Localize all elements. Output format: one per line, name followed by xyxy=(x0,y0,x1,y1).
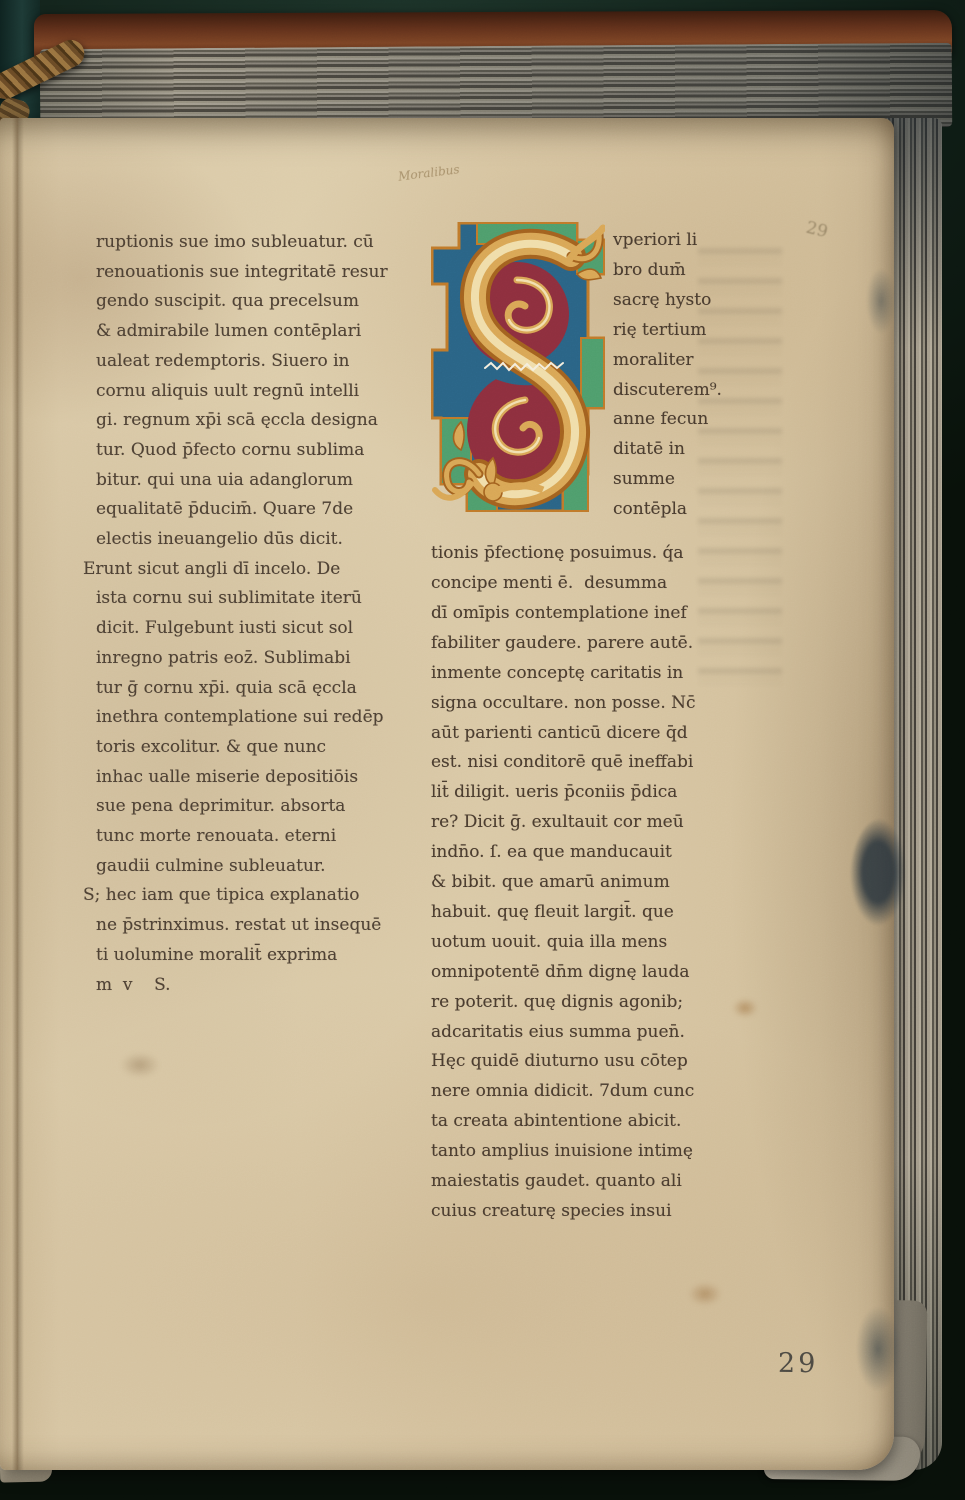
manuscript-text-line: Hęc quidē diuturno usu cōtep xyxy=(431,1047,749,1077)
manuscript-text-line: gendo suscipit. qua precelsum xyxy=(96,287,408,317)
manuscript-text-line: ditatē in xyxy=(613,435,722,465)
photograph-background: Moralibus 29 ruptionis sue imo subleuatu… xyxy=(0,0,965,1500)
manuscript-text-line: re? Dicit ḡ. exultauit cor meū xyxy=(431,808,749,838)
edge-ink-blot xyxy=(856,1306,900,1392)
manuscript-text-line: inmente conceptę caritatis in xyxy=(431,659,749,689)
manuscript-page: Moralibus 29 ruptionis sue imo subleuatu… xyxy=(0,118,894,1470)
gutter-crease xyxy=(12,118,24,1470)
manuscript-text-line: & admirabile lumen contēplari xyxy=(96,317,408,347)
manuscript-text-line: inregno patris eoz̄. Sublimabi xyxy=(96,644,408,674)
manuscript-text-line: cornu aliquis uult regnū intelli xyxy=(96,377,408,407)
foxing-stain xyxy=(688,1282,722,1306)
manuscript-text-line: bitur. qui una uia adanglorum xyxy=(96,466,408,496)
manuscript-text-line: gi. regnum xp̄i scā ęccla designa xyxy=(96,406,408,436)
manuscript-text-line: dī omīpis contemplatione inef xyxy=(431,599,749,629)
manuscript-text-line: adcaritatis eius summa puen̄. xyxy=(431,1018,749,1048)
manuscript-text-line: cuius creaturę species insui xyxy=(431,1197,749,1227)
manuscript-text-line: toris excolitur. & que nunc xyxy=(96,733,408,763)
manuscript-text-line: & bibit. que amarū animum xyxy=(431,868,749,898)
manuscript-text-line: ti uolumine moralit̄ exprima xyxy=(96,941,408,971)
manuscript-text-line: indn̄o. ſ. ea que manducauit xyxy=(431,838,749,868)
manuscript-text-line: contēpla xyxy=(613,495,722,525)
manuscript-text-line: renouationis sue integritatē resur xyxy=(96,258,408,288)
manuscript-text-line: dicit. Fulgebunt iusti sicut sol xyxy=(96,614,408,644)
manuscript-text-line: tanto amplius inuisione intimę xyxy=(431,1137,749,1167)
manuscript-text-line: aūt parienti canticū dicere q̄d xyxy=(431,719,749,749)
page-number-stamp: 29 xyxy=(778,1348,819,1379)
manuscript-text-line: lit̄ diligit. ueris p̄coniis p̄dica xyxy=(431,778,749,808)
manuscript-text-line: re poterit. quę dignis agonib; xyxy=(431,988,749,1018)
manuscript-text-line: moraliter xyxy=(613,346,722,376)
manuscript-text-line: inethra contemplatione sui redēp xyxy=(96,703,408,733)
manuscript-text-line: electis ineuangelio dūs dicit. xyxy=(96,525,408,555)
manuscript-text-line: fabiliter gaudere. parere autē. xyxy=(431,629,749,659)
text-column-right: vperiori libro dum̄sacrę hystorię tertiu… xyxy=(431,222,749,1227)
manuscript-text-line: discuterem⁹. xyxy=(613,376,722,406)
manuscript-text-line: Erunt sicut angli dī incelo. De xyxy=(83,555,408,585)
manuscript-text-line: tunc morte renouata. eterni xyxy=(96,822,408,852)
manuscript-text-line: omnipotentē dn̄m dignę lauda xyxy=(431,958,749,988)
manuscript-text-line: uotum uouit. quia illa mens xyxy=(431,928,749,958)
header-annotation: Moralibus xyxy=(397,162,460,183)
manuscript-text-line: nere omnia didicit. 7dum cunc xyxy=(431,1077,749,1107)
manuscript-text-line: tur. Quod p̄fecto cornu sublima xyxy=(96,436,408,466)
manuscript-text-line: tur ḡ cornu xp̄i. quia scā ęccla xyxy=(96,674,408,704)
folio-number-ink: 29 xyxy=(804,218,830,243)
manuscript-text-line: rię tertium xyxy=(613,316,722,346)
manuscript-text-line: habuit. quę fleuit largit̄. que xyxy=(431,898,749,928)
manuscript-text-line: ualeat redemptoris. Siuero in xyxy=(96,347,408,377)
manuscript-text-line: gaudii culmine subleuatur. xyxy=(96,852,408,882)
manuscript-text-line: inhac ualle miserie depositiōis xyxy=(96,763,408,793)
manuscript-text-line: ruptionis sue imo subleuatur. cū xyxy=(96,228,408,258)
text-column-left: ruptionis sue imo subleuatur. cūrenouati… xyxy=(96,228,408,1000)
text-below-initial: tionis p̄fectionę posuimus. q́aconcipe m… xyxy=(431,539,749,1227)
manuscript-text-line: bro dum̄ xyxy=(613,256,722,286)
manuscript-text-line: m v S. xyxy=(96,971,408,1001)
manuscript-text-line: ista cornu sui sublimitate iterū xyxy=(96,584,408,614)
edge-ink-blot xyxy=(866,268,896,334)
page-stack-fore-edge xyxy=(886,118,942,1470)
manuscript-text-line: S; hec iam que tipica explanatio xyxy=(83,881,408,911)
manuscript-text-line: vperiori li xyxy=(613,226,722,256)
illuminated-initial-S xyxy=(431,222,605,512)
manuscript-text-line: summe xyxy=(613,465,722,495)
manuscript-text-line: sacrę hysto xyxy=(613,286,722,316)
initial-and-text-row: vperiori libro dum̄sacrę hystorię tertiu… xyxy=(431,222,749,525)
foxing-stain xyxy=(120,1052,160,1078)
manuscript-text-line: equalitatē p̄ducim̄. Quare 7de xyxy=(96,495,408,525)
manuscript-text-line: maiestatis gaudet. quanto ali xyxy=(431,1167,749,1197)
text-beside-initial: vperiori libro dum̄sacrę hystorię tertiu… xyxy=(605,222,722,525)
manuscript-text-line: est. nisi conditorē quē ineffabi xyxy=(431,748,749,778)
manuscript-text-line: concipe menti ē. desumma xyxy=(431,569,749,599)
manuscript-text-line: tionis p̄fectionę posuimus. q́a xyxy=(431,539,749,569)
manuscript-text-line: ne p̄strinximus. restat ut insequē xyxy=(96,911,408,941)
manuscript-text-line: signa occultare. non posse. Nc̄ xyxy=(431,689,749,719)
manuscript-text-line: sue pena deprimitur. absorta xyxy=(96,792,408,822)
manuscript-text-line: ta creata abintentione abicit. xyxy=(431,1107,749,1137)
manuscript-text-line: anne fecun xyxy=(613,405,722,435)
